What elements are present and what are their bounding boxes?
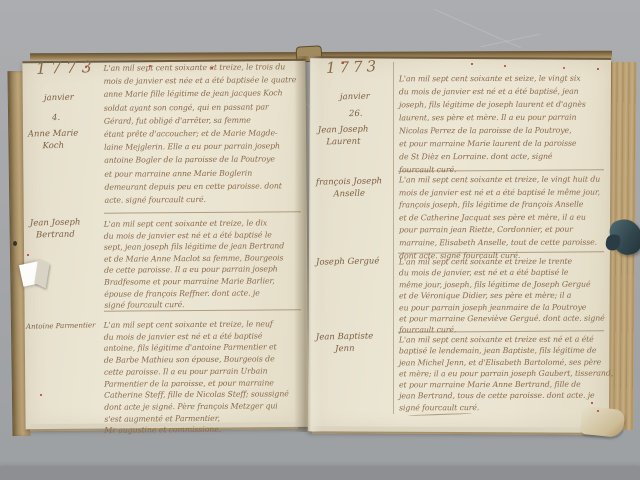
baptism-entry-jean-joseph-laurent[interactable]: L'an mil sept cent soixante et seize, le… [399,72,586,177]
baptism-entry-joseph-gergue[interactable]: L'an mil sept cent soixante et treize le… [399,256,605,337]
margin-name-joseph-gergue: Joseph Gergué [316,255,380,268]
baptism-entry-antoine-parmentier[interactable]: L'an mil sept cent soixante et treize, l… [104,318,290,436]
dark-wax-dot [13,241,17,246]
baptism-entry-francois-joseph-anselle[interactable]: L'an mil sept cent soixante et treize, l… [399,174,601,263]
margin-name-antoine-parmentier: Antoine Parmentier [26,319,96,332]
margin-name-anne-marie-koch: Anne MarieKoch [28,127,79,152]
baptism-entry-jean-joseph-bertrand[interactable]: L'an mil sept cent soixante et treize, l… [104,217,285,311]
margin-name-francois-joseph-anselle: françois JosephAnselle [316,175,383,200]
margin-name-jean-baptiste-jenn: Jean BaptisteJenn [316,330,374,355]
white-sticker-tab[interactable] [20,258,52,292]
gutter-shadow [294,56,322,432]
baptism-entry-jean-baptiste-jenn[interactable]: L'an mil sept cent soixante et treize es… [399,334,613,414]
red-edge-specks [85,66,87,68]
under-page-edge-right [312,426,594,434]
margin-name-jean-joseph-bertrand: Jean JosephBertrand [30,216,81,241]
left-year-heading: 1773 [36,57,97,78]
right-year-heading: 1773 [326,57,381,77]
backdrop-bottom-shadow-band [0,466,640,480]
right-day-label: 26. [349,108,363,120]
margin-rule [393,62,394,414]
right-month-label: janvier [340,91,370,104]
background-scratch [434,9,521,49]
left-day-label: 4. [52,112,60,124]
margin-name-jean-joseph-laurent: Jean JosephLaurent [318,123,369,148]
left-month-label: janvier [44,92,74,105]
background-scratch [481,34,540,47]
sticker-side [34,259,49,289]
baptism-entry-anne-marie-koch[interactable]: L'an mil sept cent soixante et treize, l… [103,60,297,207]
